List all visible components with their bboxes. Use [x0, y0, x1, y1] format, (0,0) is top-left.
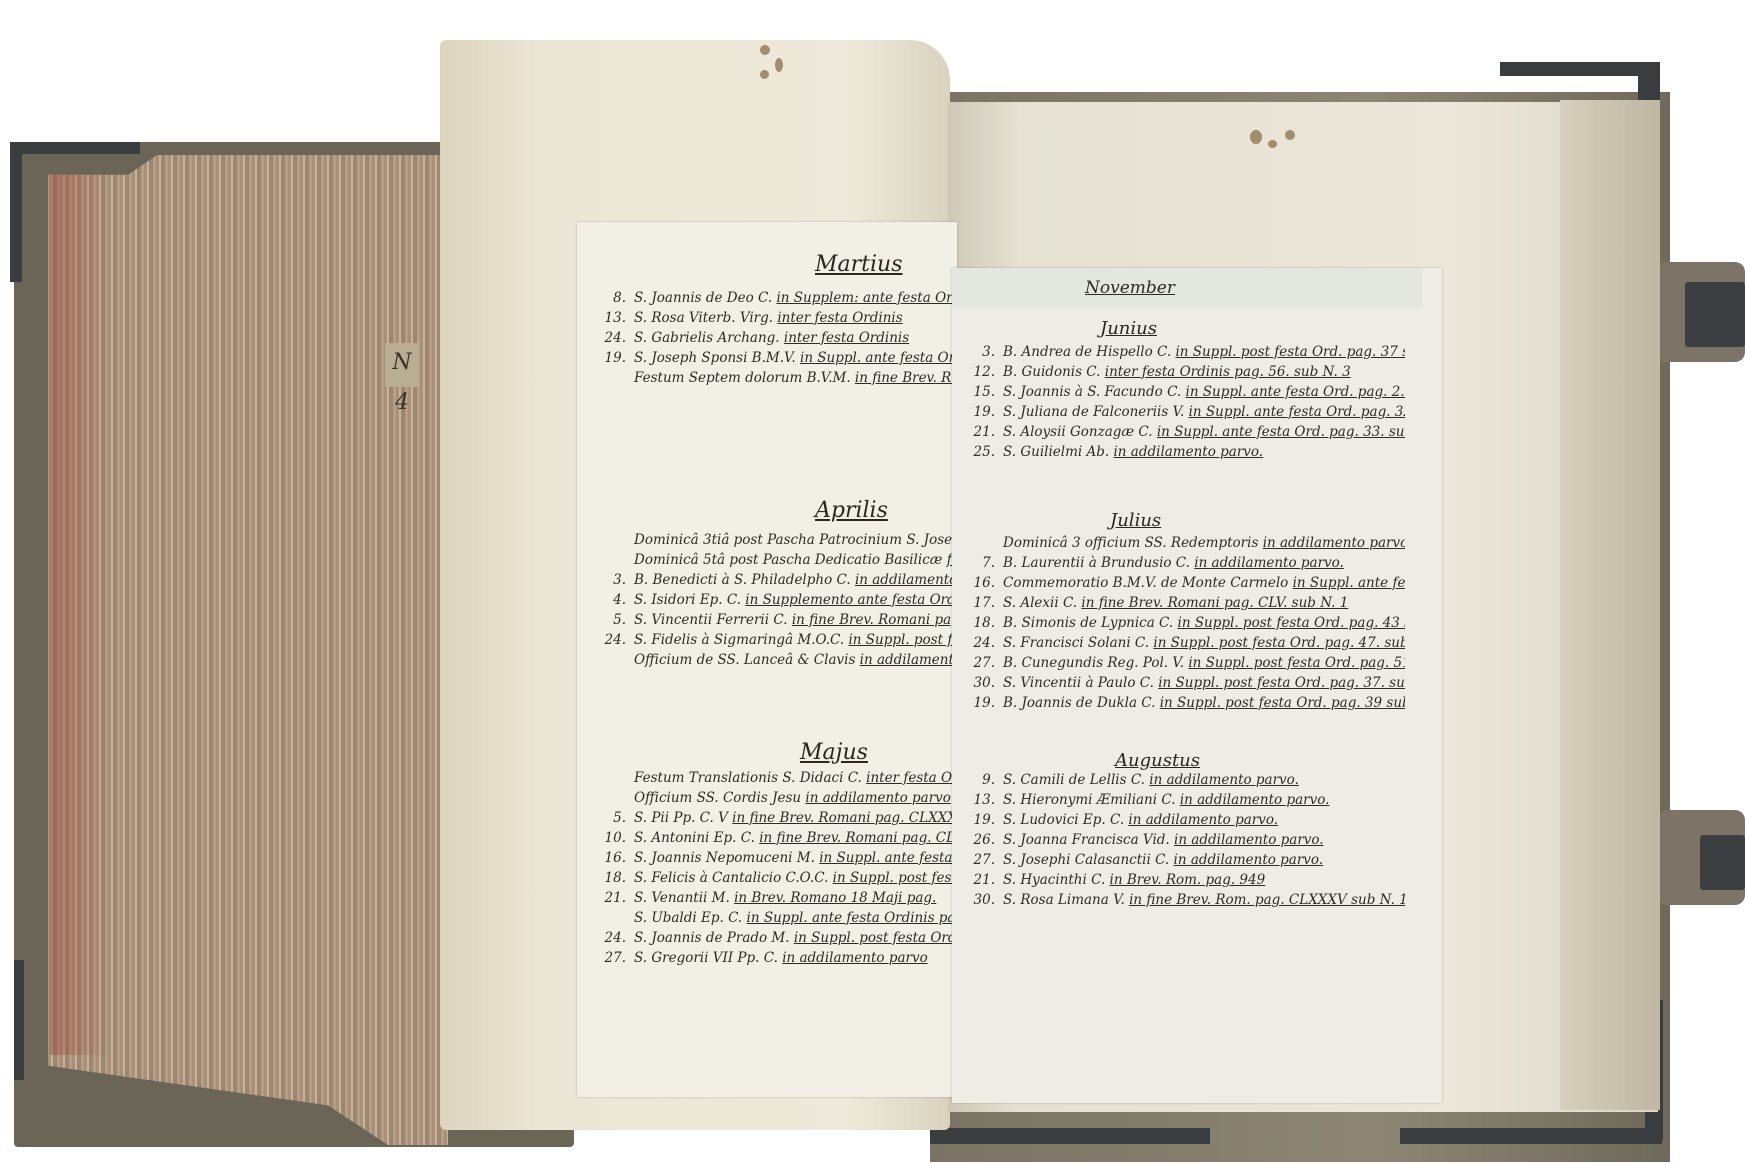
- entry-reference: in Suppl. ante festa Ord. pag. 33. sub N…: [1157, 424, 1405, 440]
- entry-saint: Festum Translationis S. Didaci C.: [634, 770, 862, 786]
- entry-reference: in fine Brev. Romani pag. CLXXXI: [732, 810, 956, 826]
- entry-day: 30.: [965, 890, 995, 910]
- calendar-entry: Dominicâ 3 officium SS. Redemptoris in a…: [965, 533, 1405, 553]
- entry-day: 10.: [596, 828, 626, 848]
- entry-day: 19.: [596, 348, 626, 368]
- entry-saint: S. Rosa Limana V.: [1003, 892, 1125, 908]
- entry-reference: in fine Brev. Romani pag. CLV. sub N. 1: [1081, 595, 1348, 611]
- slip-header-november: November: [1085, 278, 1175, 298]
- entry-saint: S. Alexii C.: [1003, 595, 1077, 611]
- calendar-entry: 16.S. Joannis Nepomuceni M. in Suppl. an…: [596, 848, 956, 868]
- entry-reference: in Suppl. post festa Ord. pag. 37. sub N…: [1158, 675, 1405, 691]
- entry-reference: inter festa Ord. pag.: [866, 770, 956, 786]
- entry-reference: in addilamento parvo: [805, 790, 951, 806]
- entry-saint: B. Guidonis C.: [1003, 364, 1100, 380]
- entry-saint: S. Joanna Francisca Vid.: [1003, 832, 1170, 848]
- calendar-entry: 4.S. Isidori Ep. C. in Supplemento ante …: [596, 590, 956, 610]
- calendar-entry: 18.S. Felicis à Cantalicio C.O.C. in Sup…: [596, 868, 956, 888]
- entry-saint: S. Josephi Calasanctii C.: [1003, 852, 1169, 868]
- ink-stain: [760, 45, 770, 55]
- entry-day: 19.: [965, 402, 995, 422]
- month-heading-martius: Martius: [815, 252, 903, 277]
- entry-saint: S. Antonini Ep. C.: [634, 830, 755, 846]
- entry-day: 21.: [596, 888, 626, 908]
- entry-reference: in Suppl. ante festa Ord. pag. 35. sub N…: [1293, 575, 1405, 591]
- entry-saint: S. Ubaldi Ep. C.: [634, 910, 742, 926]
- calendar-entry: 21.S. Venantii M. in Brev. Romano 18 Maj…: [596, 888, 956, 908]
- entry-reference: in addilamento parvo.: [1174, 852, 1324, 868]
- entry-saint: B. Andrea de Hispello C.: [1003, 344, 1171, 360]
- entry-reference: in addilamento parvo.: [1113, 444, 1263, 460]
- entry-reference: in Suppl. post festa Ord. pag.: [794, 930, 956, 946]
- ink-stain: [1285, 130, 1295, 140]
- entry-day: 25.: [965, 442, 995, 462]
- calendar-entry: 19.S. Ludovici Ep. C. in addilamento par…: [965, 810, 1405, 830]
- entry-day: 3.: [596, 570, 626, 590]
- entry-day: 19.: [965, 693, 995, 713]
- calendar-entry: 8.S. Joannis de Deo C. in Supplem: ante …: [596, 288, 956, 308]
- entry-saint: B. Joannis de Dukla C.: [1003, 695, 1155, 711]
- calendar-entry: 27.S. Josephi Calasanctii C. in addilame…: [965, 850, 1405, 870]
- entry-saint: S. Camili de Lellis C.: [1003, 772, 1145, 788]
- entry-reference: in addilamento parvo: [782, 950, 928, 966]
- entry-saint: S. Hieronymi Æmiliani C.: [1003, 792, 1176, 808]
- entry-reference: in Supplem: ante festa Ord.: [776, 290, 956, 306]
- calendar-entry: 24.S. Francisci Solani C. in Suppl. post…: [965, 633, 1405, 653]
- entry-reference: in addilamento parvo: [855, 572, 956, 588]
- entry-day: 8.: [596, 288, 626, 308]
- calendar-entry: Festum Septem dolorum B.V.M. in fine Bre…: [596, 368, 956, 388]
- calendar-entry: 5.S. Vincentii Ferrerii C. in fine Brev.…: [596, 610, 956, 630]
- calendar-entry: 3.B. Benedicti à S. Philadelpho C. in ad…: [596, 570, 956, 590]
- calendar-entry: 9.S. Camili de Lellis C. in addilamento …: [965, 770, 1405, 790]
- entry-reference: in Suppl. ante festa Ord. pag. 32 sub N.…: [1189, 404, 1405, 420]
- calendar-entry: 21.S. Aloysii Gonzagæ C. in Suppl. ante …: [965, 422, 1405, 442]
- entry-day: 26.: [965, 830, 995, 850]
- entry-day: 3.: [965, 342, 995, 362]
- augustus-entries: 9.S. Camili de Lellis C. in addilamento …: [965, 770, 1405, 910]
- entry-day: 12.: [965, 362, 995, 382]
- calendar-entry: 16.Commemoratio B.M.V. de Monte Carmelo …: [965, 573, 1405, 593]
- entry-saint: Officium de SS. Lanceâ & Clavis: [634, 652, 855, 668]
- right-slip-top-strip: [952, 268, 1422, 308]
- entry-saint: B. Laurentii à Brundusio C.: [1003, 555, 1190, 571]
- entry-reference: in Brev. Rom. pag. 949: [1110, 872, 1266, 888]
- entry-day: 21.: [965, 870, 995, 890]
- entry-saint: S. Vincentii à Paulo C.: [1003, 675, 1154, 691]
- entry-reference: in Suppl. ante festa Ord.: [800, 350, 956, 366]
- julius-entries: Dominicâ 3 officium SS. Redemptoris in a…: [965, 533, 1405, 713]
- entry-saint: S. Felicis à Cantalicio C.O.C.: [634, 870, 828, 886]
- entry-saint: Festum Septem dolorum B.V.M.: [634, 370, 851, 386]
- entry-reference: in Supplemento ante festa Ord. pag.: [745, 592, 956, 608]
- clasp-upper-plate: [1685, 282, 1745, 347]
- entry-reference: in addilamento parvo.: [1194, 555, 1344, 571]
- entry-saint: S. Joannis de Prado M.: [634, 930, 790, 946]
- entry-saint: B. Cunegundis Reg. Pol. V.: [1003, 655, 1184, 671]
- entry-saint: S. Joannis à S. Facundo C.: [1003, 384, 1181, 400]
- entry-day: 13.: [965, 790, 995, 810]
- entry-reference: in addilamento parvo: [860, 652, 956, 668]
- calendar-entry: 13.S. Hieronymi Æmiliani C. in addilamen…: [965, 790, 1405, 810]
- right-page-edge: [1560, 100, 1660, 1110]
- entry-day: 24.: [596, 328, 626, 348]
- metal-corner-top-left-vertical: [10, 142, 22, 282]
- ink-stain: [1268, 140, 1277, 148]
- entry-reference: in addilamento parvo.: [1180, 792, 1330, 808]
- entry-saint: S. Isidori Ep. C.: [634, 592, 741, 608]
- entry-day: 16.: [596, 848, 626, 868]
- entry-day: 30.: [965, 673, 995, 693]
- entry-reference: in addilamento parvo.: [1174, 832, 1324, 848]
- calendar-entry: 12.B. Guidonis C. inter festa Ordinis pa…: [965, 362, 1405, 382]
- calendar-entry: 19.S. Juliana de Falconeriis V. in Suppl…: [965, 402, 1405, 422]
- aprilis-entries: Dominicâ 3tiâ post Pascha Patrocinium S.…: [596, 530, 956, 670]
- calendar-entry: 7.B. Laurentii à Brundusio C. in addilam…: [965, 553, 1405, 573]
- entry-reference: inter festa Ordinis pag. 56. sub N. 3: [1105, 364, 1351, 380]
- entry-saint: S. Guilielmi Ab.: [1003, 444, 1109, 460]
- entry-saint: B. Benedicti à S. Philadelpho C.: [634, 572, 851, 588]
- entry-day: 5.: [596, 808, 626, 828]
- entry-day: 15.: [965, 382, 995, 402]
- entry-reference: inter festa Ordinis: [784, 330, 909, 346]
- entry-day: 5.: [596, 610, 626, 630]
- entry-day: 18.: [596, 868, 626, 888]
- calendar-entry: 13.S. Rosa Viterb. Virg. inter festa Ord…: [596, 308, 956, 328]
- calendar-entry: 19.B. Joannis de Dukla C. in Suppl. post…: [965, 693, 1405, 713]
- entry-day: 24.: [596, 928, 626, 948]
- calendar-entry: 30.S. Rosa Limana V. in fine Brev. Rom. …: [965, 890, 1405, 910]
- entry-reference: in addilamento parvo.: [1128, 812, 1278, 828]
- calendar-entry: 10.S. Antonini Ep. C. in fine Brev. Roma…: [596, 828, 956, 848]
- entry-saint: S. Francisci Solani C.: [1003, 635, 1149, 651]
- entry-saint: S. Gabrielis Archang.: [634, 330, 780, 346]
- entry-reference: in Suppl. post festa Ord. pag. 51. sub N…: [1188, 655, 1405, 671]
- calendar-entry: 25.S. Guilielmi Ab. in addilamento parvo…: [965, 442, 1405, 462]
- martius-entries: 8.S. Joannis de Deo C. in Supplem: ante …: [596, 288, 956, 388]
- calendar-entry: 27.B. Cunegundis Reg. Pol. V. in Suppl. …: [965, 653, 1405, 673]
- clasp-lower-plate: [1700, 835, 1745, 890]
- entry-reference: in addilamento parvo.: [1149, 772, 1299, 788]
- calendar-entry: 30.S. Vincentii à Paulo C. in Suppl. pos…: [965, 673, 1405, 693]
- entry-saint: S. Gregorii VII Pp. C.: [634, 950, 778, 966]
- entry-reference: in addilamento parvo.: [1263, 535, 1405, 551]
- entry-saint: S. Joseph Sponsi B.M.V.: [634, 350, 796, 366]
- calendar-entry: 24.S. Fidelis à Sigmaringâ M.O.C. in Sup…: [596, 630, 956, 650]
- entry-reference: in fine Brev. Romani pag. CLII: [759, 830, 956, 846]
- entry-reference: in Suppl. post festa Ord. pag. 39 sub N.…: [1160, 695, 1405, 711]
- ink-stain: [1250, 130, 1262, 144]
- calendar-entry: 27.S. Gregorii VII Pp. C. in addilamento…: [596, 948, 956, 968]
- entry-saint: S. Juliana de Falconeriis V.: [1003, 404, 1184, 420]
- entry-day: 4.: [596, 590, 626, 610]
- calendar-entry: Dominicâ 5tâ post Pascha Dedicatio Basil…: [596, 550, 956, 570]
- metal-corner-top-right: [1500, 62, 1660, 76]
- entry-saint: S. Pii Pp. C. V: [634, 810, 728, 826]
- calendar-entry: 19.S. Joseph Sponsi B.M.V. in Suppl. ant…: [596, 348, 956, 368]
- entry-day: 27.: [965, 850, 995, 870]
- calendar-entry: 18.B. Simonis de Lypnica C. in Suppl. po…: [965, 613, 1405, 633]
- entry-reference: in fine Brev. Rom. pag. CLXXXV sub N. 1: [1129, 892, 1405, 908]
- entry-day: 19.: [965, 810, 995, 830]
- entry-reference: in Brev. Romano 18 Maji pag.: [734, 890, 936, 906]
- month-heading-julius: Julius: [1110, 510, 1161, 531]
- calendar-entry: 15.S. Joannis à S. Facundo C. in Suppl. …: [965, 382, 1405, 402]
- entry-day: 27.: [596, 948, 626, 968]
- calendar-entry: Dominicâ 3tiâ post Pascha Patrocinium S.…: [596, 530, 956, 550]
- entry-reference: in Suppl. post festa Ord. pag.: [848, 632, 956, 648]
- entry-saint: B. Simonis de Lypnica C.: [1003, 615, 1173, 631]
- calendar-entry: 24.S. Joannis de Prado M. in Suppl. post…: [596, 928, 956, 948]
- entry-saint: Dominicâ 3tiâ post Pascha Patrocinium S.…: [634, 532, 956, 548]
- entry-saint: S. Hyacinthi C.: [1003, 872, 1105, 888]
- entry-reference: in Suppl. post festa Ord. pag. 43 sub N.…: [1178, 615, 1406, 631]
- entry-day: 24.: [965, 633, 995, 653]
- ink-stain: [775, 58, 783, 72]
- month-heading-augustus: Augustus: [1115, 750, 1200, 771]
- entry-saint: Commemoratio B.M.V. de Monte Carmelo: [1003, 575, 1288, 591]
- entry-day: 18.: [965, 613, 995, 633]
- month-heading-aprilis: Aprilis: [815, 498, 888, 523]
- entry-day: 21.: [965, 422, 995, 442]
- junius-entries: 3.B. Andrea de Hispello C. in Suppl. pos…: [965, 342, 1405, 462]
- entry-saint: S. Venantii M.: [634, 890, 730, 906]
- entry-reference: in Suppl. post festa Ord. pag.: [833, 870, 956, 886]
- entry-day: 7.: [965, 553, 995, 573]
- entry-saint: S. Joannis de Deo C.: [634, 290, 772, 306]
- fore-edge-label: N 4: [385, 343, 419, 387]
- calendar-entry: Officium de SS. Lanceâ & Clavis in addil…: [596, 650, 956, 670]
- metal-corner-bottom-left: [14, 960, 24, 1080]
- entry-saint: S. Fidelis à Sigmaringâ M.O.C.: [634, 632, 844, 648]
- metal-corner-top-left: [10, 142, 140, 154]
- entry-reference: in Suppl. post festa Ord. pag. 47. sub N…: [1153, 635, 1405, 651]
- calendar-entry: 24.S. Gabrielis Archang. inter festa Ord…: [596, 328, 956, 348]
- calendar-entry: 17.S. Alexii C. in fine Brev. Romani pag…: [965, 593, 1405, 613]
- entry-saint: S. Rosa Viterb. Virg.: [634, 310, 773, 326]
- entry-day: 24.: [596, 630, 626, 650]
- entry-day: 17.: [965, 593, 995, 613]
- month-heading-majus: Majus: [800, 740, 868, 765]
- entry-saint: Dominicâ 5tâ post Pascha Dedicatio Basil…: [634, 552, 942, 568]
- entry-day: 16.: [965, 573, 995, 593]
- entry-saint: S. Ludovici Ep. C.: [1003, 812, 1124, 828]
- ink-stain: [760, 70, 769, 79]
- majus-entries: Festum Translationis S. Didaci C. inter …: [596, 768, 956, 968]
- calendar-entry: 3.B. Andrea de Hispello C. in Suppl. pos…: [965, 342, 1405, 362]
- calendar-entry: 5.S. Pii Pp. C. V in fine Brev. Romani p…: [596, 808, 956, 828]
- entry-reference: in fine Brev. Roman.: [855, 370, 956, 386]
- calendar-entry: Officium SS. Cordis Jesu in addilamento …: [596, 788, 956, 808]
- red-edge-tint: [50, 175, 110, 1055]
- calendar-entry: S. Ubaldi Ep. C. in Suppl. ante festa Or…: [596, 908, 956, 928]
- metal-corner-bottom-left-horizontal: [930, 1128, 1210, 1144]
- entry-reference: in Suppl. post festa Ord. pag. 37 sub N.…: [1175, 344, 1405, 360]
- entry-reference: in Suppl. ante festa Ordinis pag. 32: [747, 910, 956, 926]
- entry-reference: in Suppl. ante festa Ord. pag. 7: [819, 850, 956, 866]
- month-heading-junius: Junius: [1100, 318, 1157, 339]
- entry-saint: Officium SS. Cordis Jesu: [634, 790, 801, 806]
- metal-corner-bottom-right-horizontal: [1400, 1128, 1662, 1144]
- calendar-entry: 21.S. Hyacinthi C. in Brev. Rom. pag. 94…: [965, 870, 1405, 890]
- entry-day: 13.: [596, 308, 626, 328]
- entry-reference: in Suppl. ante festa Ord. pag. 2. sub N.…: [1186, 384, 1406, 400]
- entry-day: 27.: [965, 653, 995, 673]
- entry-saint: Dominicâ 3 officium SS. Redemptoris: [1003, 535, 1258, 551]
- entry-saint: S. Aloysii Gonzagæ C.: [1003, 424, 1153, 440]
- entry-reference: in fine Brev. Romani pag.: [792, 612, 956, 628]
- entry-saint: S. Joannis Nepomuceni M.: [634, 850, 815, 866]
- calendar-entry: 26.S. Joanna Francisca Vid. in addilamen…: [965, 830, 1405, 850]
- calendar-entry: Festum Translationis S. Didaci C. inter …: [596, 768, 956, 788]
- entry-day: 9.: [965, 770, 995, 790]
- entry-reference: inter festa Ordinis: [777, 310, 902, 326]
- entry-saint: S. Vincentii Ferrerii C.: [634, 612, 788, 628]
